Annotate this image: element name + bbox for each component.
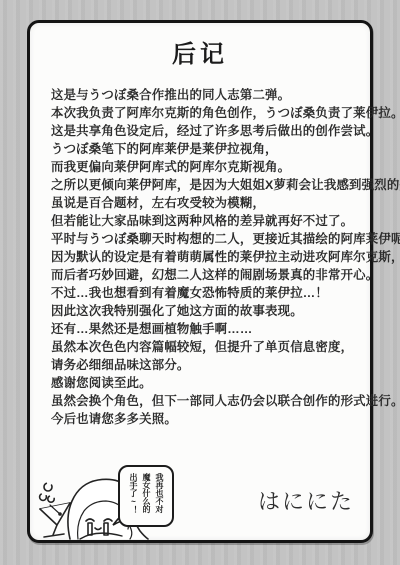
afterword-page: 后记 这是与うつぼ桑合作推出的同人志第二弹。本次我负责了阿库尔克斯的角色创作，う… <box>27 20 373 543</box>
afterword-line: 之所以更倾向莱伊阿库，是因为大姐姐X萝莉会让我感到强烈的兴奋感。 <box>51 176 358 194</box>
afterword-line: 这是与うつぼ桑合作推出的同人志第二弹。 <box>51 86 358 104</box>
afterword-line: 平时与うつぼ桑聊天时构想的二人，更接近其描绘的阿库莱伊呢。 <box>51 230 358 248</box>
afterword-line: 虽然本次色色内容篇幅较短，但提升了单页信息密度， <box>51 338 358 356</box>
bubble-icon <box>40 494 47 501</box>
afterword-line: 虽说是百合题材，左右攻受较为模糊， <box>51 194 358 212</box>
bubble-icon <box>44 483 52 491</box>
afterword-line: 这是共享角色设定后，经过了许多思考后做出的创作尝试。 <box>51 122 358 140</box>
author-signature: はににた <box>258 485 354 516</box>
afterword-line: 因为默认的设定是有着萌萌属性的莱伊拉主动进攻阿库尔克斯， <box>51 248 358 266</box>
afterword-line: 还有…果然还是想画植物触手啊…… <box>51 320 358 338</box>
afterword-line: 虽然会换个角色，但下一部同人志仍会以联合创作的形式进行。 <box>51 392 358 410</box>
afterword-line: 请务必细细品味这部分。 <box>51 356 358 374</box>
afterword-line: 而我更偏向莱伊阿库式的阿库尔克斯视角。 <box>51 158 358 176</box>
page-title: 后记 <box>30 34 370 69</box>
afterword-line: 今后也请您多多关照。 <box>51 410 358 428</box>
speech-bubble: 我再也不对 魔女什么的 出手了~！ <box>118 465 174 527</box>
afterword-line: 感谢您阅读至此。 <box>51 374 358 392</box>
afterword-line: 而后者巧妙回避，幻想二人这样的闹剧场景真的非常开心。 <box>51 266 358 284</box>
afterword-line: 本次我负责了阿库尔克斯的角色创作，うつぼ桑负责了莱伊拉。 <box>51 104 358 122</box>
afterword-line: 因此这次我特别强化了她这方面的故事表现。 <box>51 302 358 320</box>
afterword-line: 不过…我也想看到有着魔女恐怖特质的莱伊拉…！ <box>51 284 358 302</box>
afterword-text: 这是与うつぼ桑合作推出的同人志第二弹。本次我负责了阿库尔克斯的角色创作，うつぼ桑… <box>51 86 358 428</box>
cocktail-glass-icon <box>40 503 70 537</box>
bubble-icon <box>48 496 54 502</box>
afterword-line: 但若能让大家品味到这两种风格的差异就再好不过了。 <box>51 212 358 230</box>
afterword-line: うつぼ桑笔下的阿库莱伊是莱伊拉视角， <box>51 140 358 158</box>
screenshot-root: { "page": { "title": "后记", "lines": [ "这… <box>0 0 400 565</box>
